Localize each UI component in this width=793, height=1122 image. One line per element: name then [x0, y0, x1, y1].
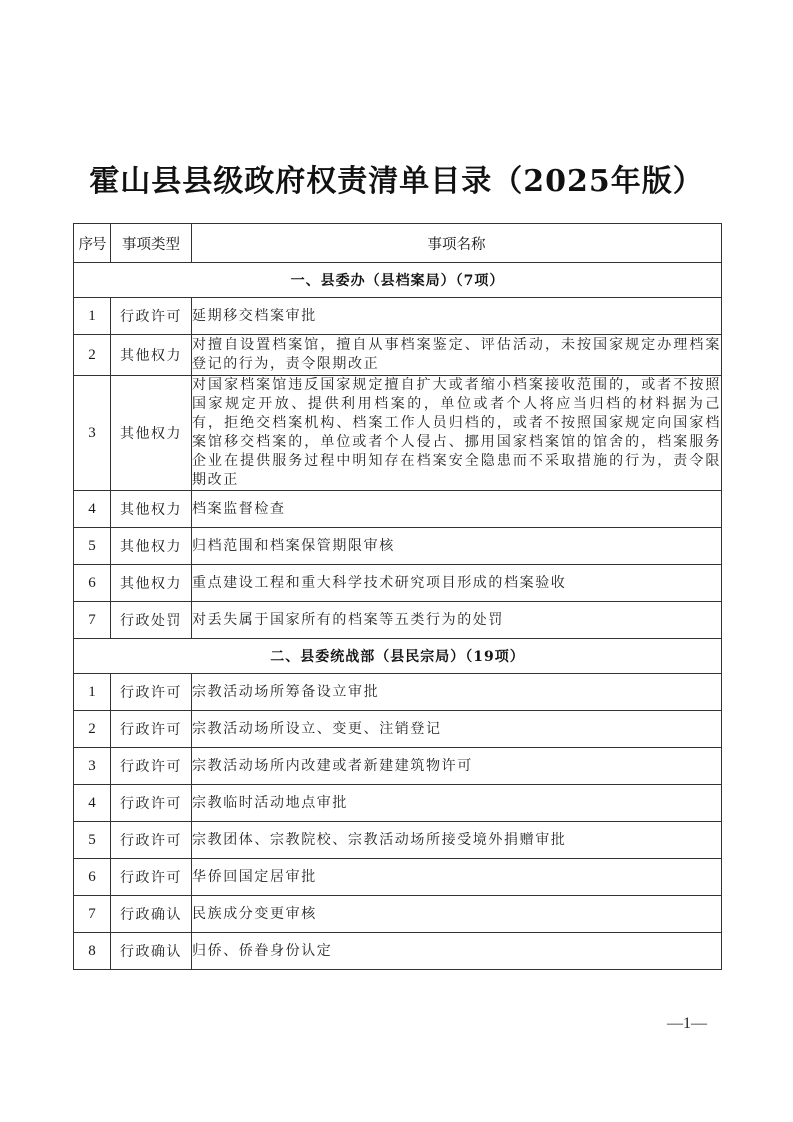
row-name: 宗教活动场所设立、变更、注销登记: [192, 711, 722, 748]
row-type: 行政处罚: [111, 602, 192, 639]
row-name: 宗教活动场所内改建或者新建建筑物许可: [192, 748, 722, 785]
row-name: 民族成分变更审核: [192, 896, 722, 933]
row-type: 行政许可: [111, 822, 192, 859]
table-row: 1 行政许可 宗教活动场所筹备设立审批: [74, 674, 722, 711]
row-name: 宗教临时活动地点审批: [192, 785, 722, 822]
table-row: 8 行政确认 归侨、侨眷身份认定: [74, 933, 722, 970]
document-title: 霍山县县级政府权责清单目录（2025年版）: [0, 156, 793, 200]
row-name: 宗教活动场所筹备设立审批: [192, 674, 722, 711]
table-row: 3 其他权力 对国家档案馆违反国家规定擅自扩大或者缩小档案接收范围的，或者不按照…: [74, 376, 722, 491]
row-serial: 2: [74, 335, 111, 376]
row-type: 行政许可: [111, 859, 192, 896]
table-row: 2 行政许可 宗教活动场所设立、变更、注销登记: [74, 711, 722, 748]
row-type: 其他权力: [111, 491, 192, 528]
row-serial: 7: [74, 602, 111, 639]
row-name: 对擅自设置档案馆，擅自从事档案鉴定、评估活动，未按国家规定办理档案登记的行为，责…: [192, 335, 722, 376]
row-name: 华侨回国定居审批: [192, 859, 722, 896]
row-type: 其他权力: [111, 335, 192, 376]
row-type: 行政确认: [111, 896, 192, 933]
row-type: 行政许可: [111, 298, 192, 335]
row-type: 其他权力: [111, 565, 192, 602]
row-name: 档案监督检查: [192, 491, 722, 528]
row-serial: 4: [74, 785, 111, 822]
row-serial: 5: [74, 822, 111, 859]
row-name: 归档范围和档案保管期限审核: [192, 528, 722, 565]
row-type: 其他权力: [111, 528, 192, 565]
table-row: 2 其他权力 对擅自设置档案馆，擅自从事档案鉴定、评估活动，未按国家规定办理档案…: [74, 335, 722, 376]
row-serial: 4: [74, 491, 111, 528]
row-serial: 5: [74, 528, 111, 565]
table-row: 4 行政许可 宗教临时活动地点审批: [74, 785, 722, 822]
table-row: 5 行政许可 宗教团体、宗教院校、宗教活动场所接受境外捐赠审批: [74, 822, 722, 859]
row-name: 对丢失属于国家所有的档案等五类行为的处罚: [192, 602, 722, 639]
table-row: 4 其他权力 档案监督检查: [74, 491, 722, 528]
header-serial-number: 序号: [74, 224, 111, 263]
table-header-row: 序号 事项类型 事项名称: [74, 224, 722, 263]
row-serial: 1: [74, 674, 111, 711]
row-name: 重点建设工程和重大科学技术研究项目形成的档案验收: [192, 565, 722, 602]
header-item-name: 事项名称: [192, 224, 722, 263]
row-type: 行政许可: [111, 674, 192, 711]
row-name: 对国家档案馆违反国家规定擅自扩大或者缩小档案接收范围的，或者不按照国家规定开放、…: [192, 376, 722, 491]
row-name: 宗教团体、宗教院校、宗教活动场所接受境外捐赠审批: [192, 822, 722, 859]
row-name: 延期移交档案审批: [192, 298, 722, 335]
row-type: 行政确认: [111, 933, 192, 970]
table-row: 1 行政许可 延期移交档案审批: [74, 298, 722, 335]
row-serial: 6: [74, 565, 111, 602]
row-serial: 1: [74, 298, 111, 335]
row-type: 行政许可: [111, 711, 192, 748]
table-row: 5 其他权力 归档范围和档案保管期限审核: [74, 528, 722, 565]
table-row: 7 行政处罚 对丢失属于国家所有的档案等五类行为的处罚: [74, 602, 722, 639]
header-item-type: 事项类型: [111, 224, 192, 263]
row-serial: 2: [74, 711, 111, 748]
section-heading-row: 一、县委办（县档案局）（7项）: [74, 263, 722, 298]
row-serial: 7: [74, 896, 111, 933]
section-heading: 一、县委办（县档案局）（7项）: [74, 263, 722, 298]
row-serial: 3: [74, 376, 111, 491]
section-heading-row: 二、县委统战部（县民宗局）（19项）: [74, 639, 722, 674]
row-name: 归侨、侨眷身份认定: [192, 933, 722, 970]
table-row: 6 行政许可 华侨回国定居审批: [74, 859, 722, 896]
row-type: 其他权力: [111, 376, 192, 491]
page-number: —1—: [667, 1015, 707, 1033]
power-list-table: 序号 事项类型 事项名称 一、县委办（县档案局）（7项） 1 行政许可 延期移交…: [73, 223, 722, 970]
table-row: 7 行政确认 民族成分变更审核: [74, 896, 722, 933]
row-type: 行政许可: [111, 785, 192, 822]
row-serial: 3: [74, 748, 111, 785]
row-type: 行政许可: [111, 748, 192, 785]
table-row: 3 行政许可 宗教活动场所内改建或者新建建筑物许可: [74, 748, 722, 785]
table-row: 6 其他权力 重点建设工程和重大科学技术研究项目形成的档案验收: [74, 565, 722, 602]
row-serial: 6: [74, 859, 111, 896]
section-heading: 二、县委统战部（县民宗局）（19项）: [74, 639, 722, 674]
row-serial: 8: [74, 933, 111, 970]
